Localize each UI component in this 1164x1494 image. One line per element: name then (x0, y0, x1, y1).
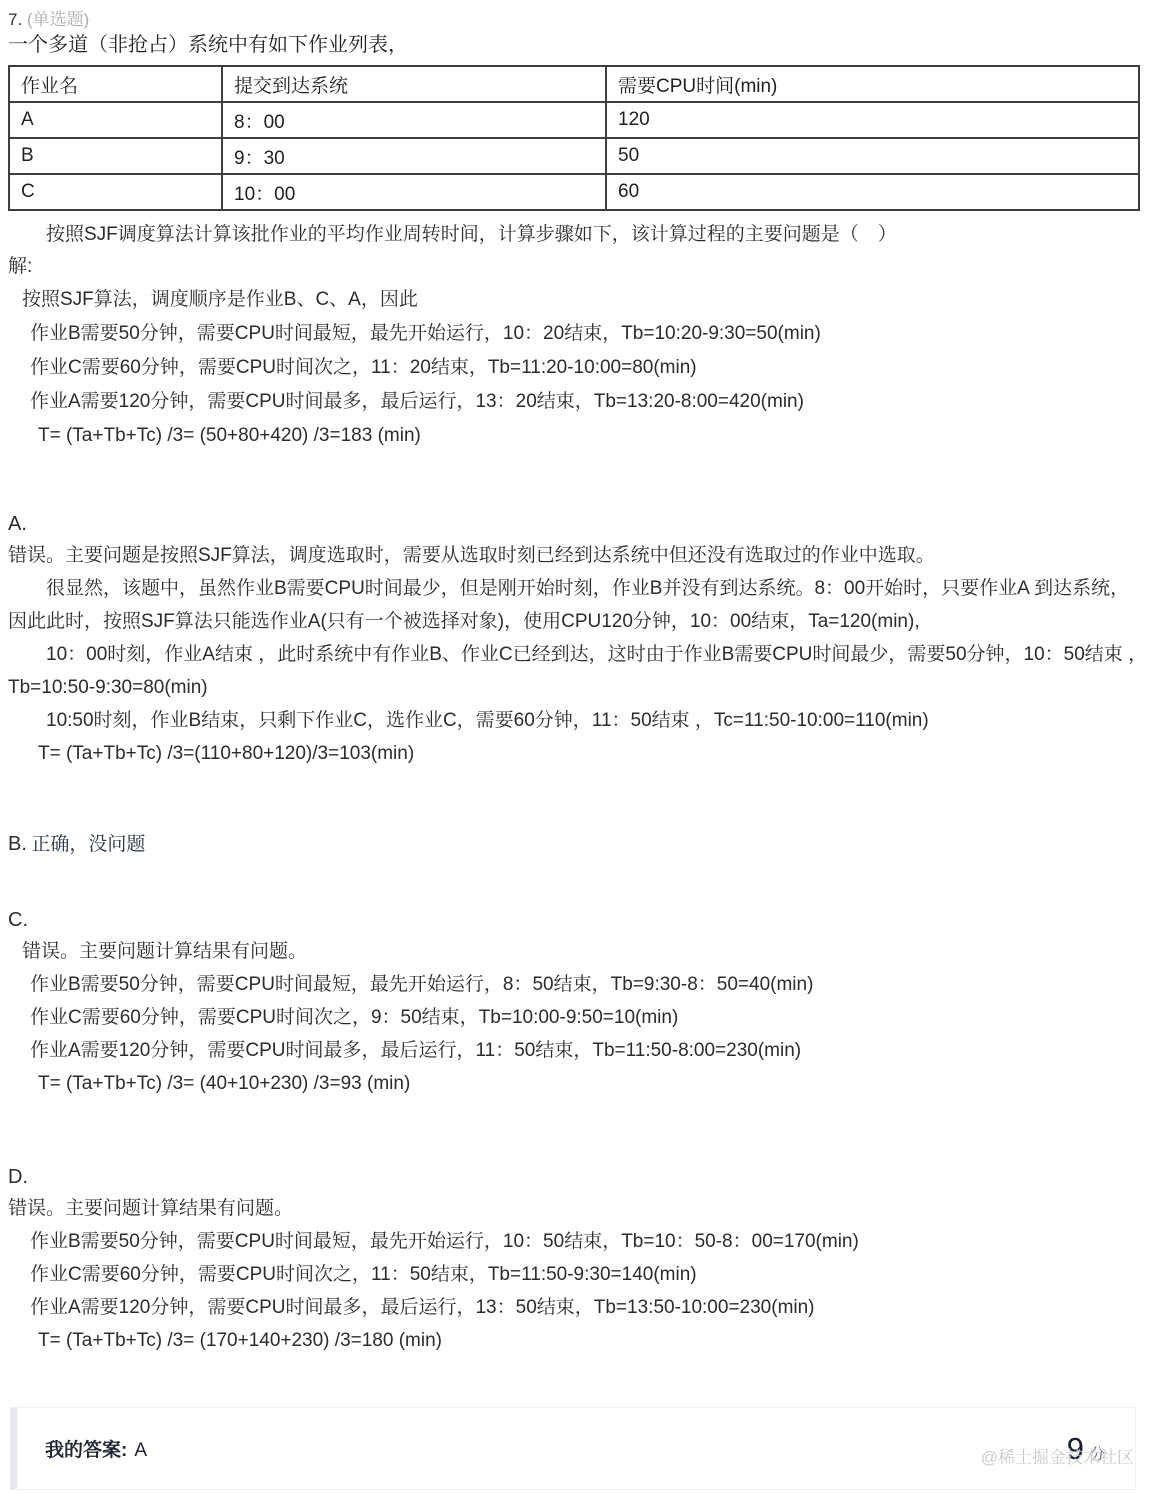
job-c-name: C (9, 174, 222, 210)
solution-job-a-line: 作业A需要120分钟，需要CPU时间最多，最后运行，13：20结束，Tb=13:… (8, 385, 1148, 419)
solution-job-b-line: 作业B需要50分钟，需要CPU时间最短，最先开始运行，10：20结束，Tb=10… (8, 317, 1148, 351)
solution-job-c-line: 作业C需要60分钟，需要CPU时间次之，11：20结束，Tb=11:20-10:… (8, 351, 1148, 385)
option-a-line: 错误。主要问题是按照SJF算法，调度选取时，需要从选取时刻已经到达系统中但还没有… (8, 539, 1148, 572)
question-stem: 按照SJF调度算法计算该批作业的平均作业周转时间，计算步骤如下，该计算过程的主要… (8, 219, 1148, 250)
job-a-arrive: 8：00 (222, 102, 606, 138)
option-c-label: C. (8, 905, 1148, 935)
option-c-total-line: T= (Ta+Tb+Tc) /3= (40+10+230) /3=93 (min… (8, 1067, 1148, 1100)
option-c: C. 错误。主要问题计算结果有问题。 作业B需要50分钟，需要CPU时间最短，最… (8, 905, 1148, 1100)
option-b: B. 正确，没问题 (8, 828, 1148, 861)
my-answer: 我的答案:A (45, 1435, 147, 1462)
option-a-total-line: T= (Ta+Tb+Tc) /3=(110+80+120)/3=103(min) (8, 737, 1148, 770)
question-header: 7. (单选题) (8, 8, 1148, 31)
question-number: 7. (8, 10, 22, 29)
watermark: @稀土掘金技术社区 (981, 1443, 1134, 1468)
option-a: A. 错误。主要问题是按照SJF算法，调度选取时，需要从选取时刻已经到达系统中但… (8, 509, 1148, 770)
option-c-line: 错误。主要问题计算结果有问题。 (8, 935, 1148, 968)
table-row: B 9：30 50 (9, 138, 1139, 174)
option-d-line: 作业B需要50分钟，需要CPU时间最短，最先开始运行，10：50结束，Tb=10… (8, 1225, 1148, 1258)
job-table-header-cpu: 需要CPU时间(min) (606, 66, 1139, 102)
my-answer-label: 我的答案: (45, 1440, 127, 1461)
option-d-line: 作业A需要120分钟，需要CPU时间最多，最后运行，13：50结束，Tb=13:… (8, 1291, 1148, 1324)
option-c-line: 作业C需要60分钟，需要CPU时间次之，9：50结束，Tb=10:00-9:50… (8, 1001, 1148, 1034)
solution-order-line: 按照SJF算法，调度顺序是作业B、C、A，因此 (8, 283, 1148, 317)
option-d-total-line: T= (Ta+Tb+Tc) /3= (170+140+230) /3=180 (… (8, 1324, 1148, 1357)
table-row: A 8：00 120 (9, 102, 1139, 138)
job-a-name: A (9, 102, 222, 138)
solution-total-line: T= (Ta+Tb+Tc) /3= (50+80+420) /3=183 (mi… (8, 419, 1148, 453)
job-c-arrive: 10：00 (222, 174, 606, 210)
option-d-label: D. (8, 1162, 1148, 1192)
job-table: 作业名 提交到达系统 需要CPU时间(min) A 8：00 120 B 9：3… (8, 65, 1140, 211)
my-answer-card: 我的答案:A 9 分 (10, 1407, 1136, 1490)
table-row: C 10：00 60 (9, 174, 1139, 210)
option-b-text: 正确，没问题 (31, 834, 145, 855)
job-b-arrive: 9：30 (222, 138, 606, 174)
job-table-header-name: 作业名 (9, 66, 222, 102)
job-c-cpu: 60 (606, 174, 1139, 210)
option-d: D. 错误。主要问题计算结果有问题。 作业B需要50分钟，需要CPU时间最短，最… (8, 1162, 1148, 1357)
option-a-line: 10：00时刻，作业A结束 ，此时系统中有作业B、作业C已经到达，这时由于作业B… (8, 638, 1148, 704)
option-d-line: 作业C需要60分钟，需要CPU时间次之，11：50结束，Tb=11:50-9:3… (8, 1258, 1148, 1291)
question-review-page: 7. (单选题) 一个多道（非抢占）系统中有如下作业列表， 作业名 提交到达系统… (0, 0, 1164, 1494)
option-c-line: 作业A需要120分钟，需要CPU时间最多，最后运行，11：50结束，Tb=11:… (8, 1034, 1148, 1067)
job-b-name: B (9, 138, 222, 174)
option-a-line: 10:50时刻，作业B结束，只剩下作业C，选作业C，需要60分钟，11：50结束… (8, 704, 1148, 737)
option-b-label: B. (8, 833, 27, 855)
option-c-line: 作业B需要50分钟，需要CPU时间最短，最先开始运行，8：50结束，Tb=9:3… (8, 968, 1148, 1001)
my-answer-value: A (134, 1440, 147, 1461)
question-type-label: (单选题) (27, 10, 89, 29)
question-intro: 一个多道（非抢占）系统中有如下作业列表， (8, 31, 1148, 60)
job-b-cpu: 50 (606, 138, 1139, 174)
solution-label: 解: (8, 251, 1148, 283)
option-a-label: A. (8, 509, 1148, 539)
job-table-header-arrive: 提交到达系统 (222, 66, 606, 102)
option-d-line: 错误。主要问题计算结果有问题。 (8, 1192, 1148, 1225)
job-a-cpu: 120 (606, 102, 1139, 138)
option-a-line: 很显然，该题中，虽然作业B需要CPU时间最少，但是刚开始时刻，作业B并没有到达系… (8, 572, 1148, 638)
job-table-header-row: 作业名 提交到达系统 需要CPU时间(min) (9, 66, 1139, 102)
